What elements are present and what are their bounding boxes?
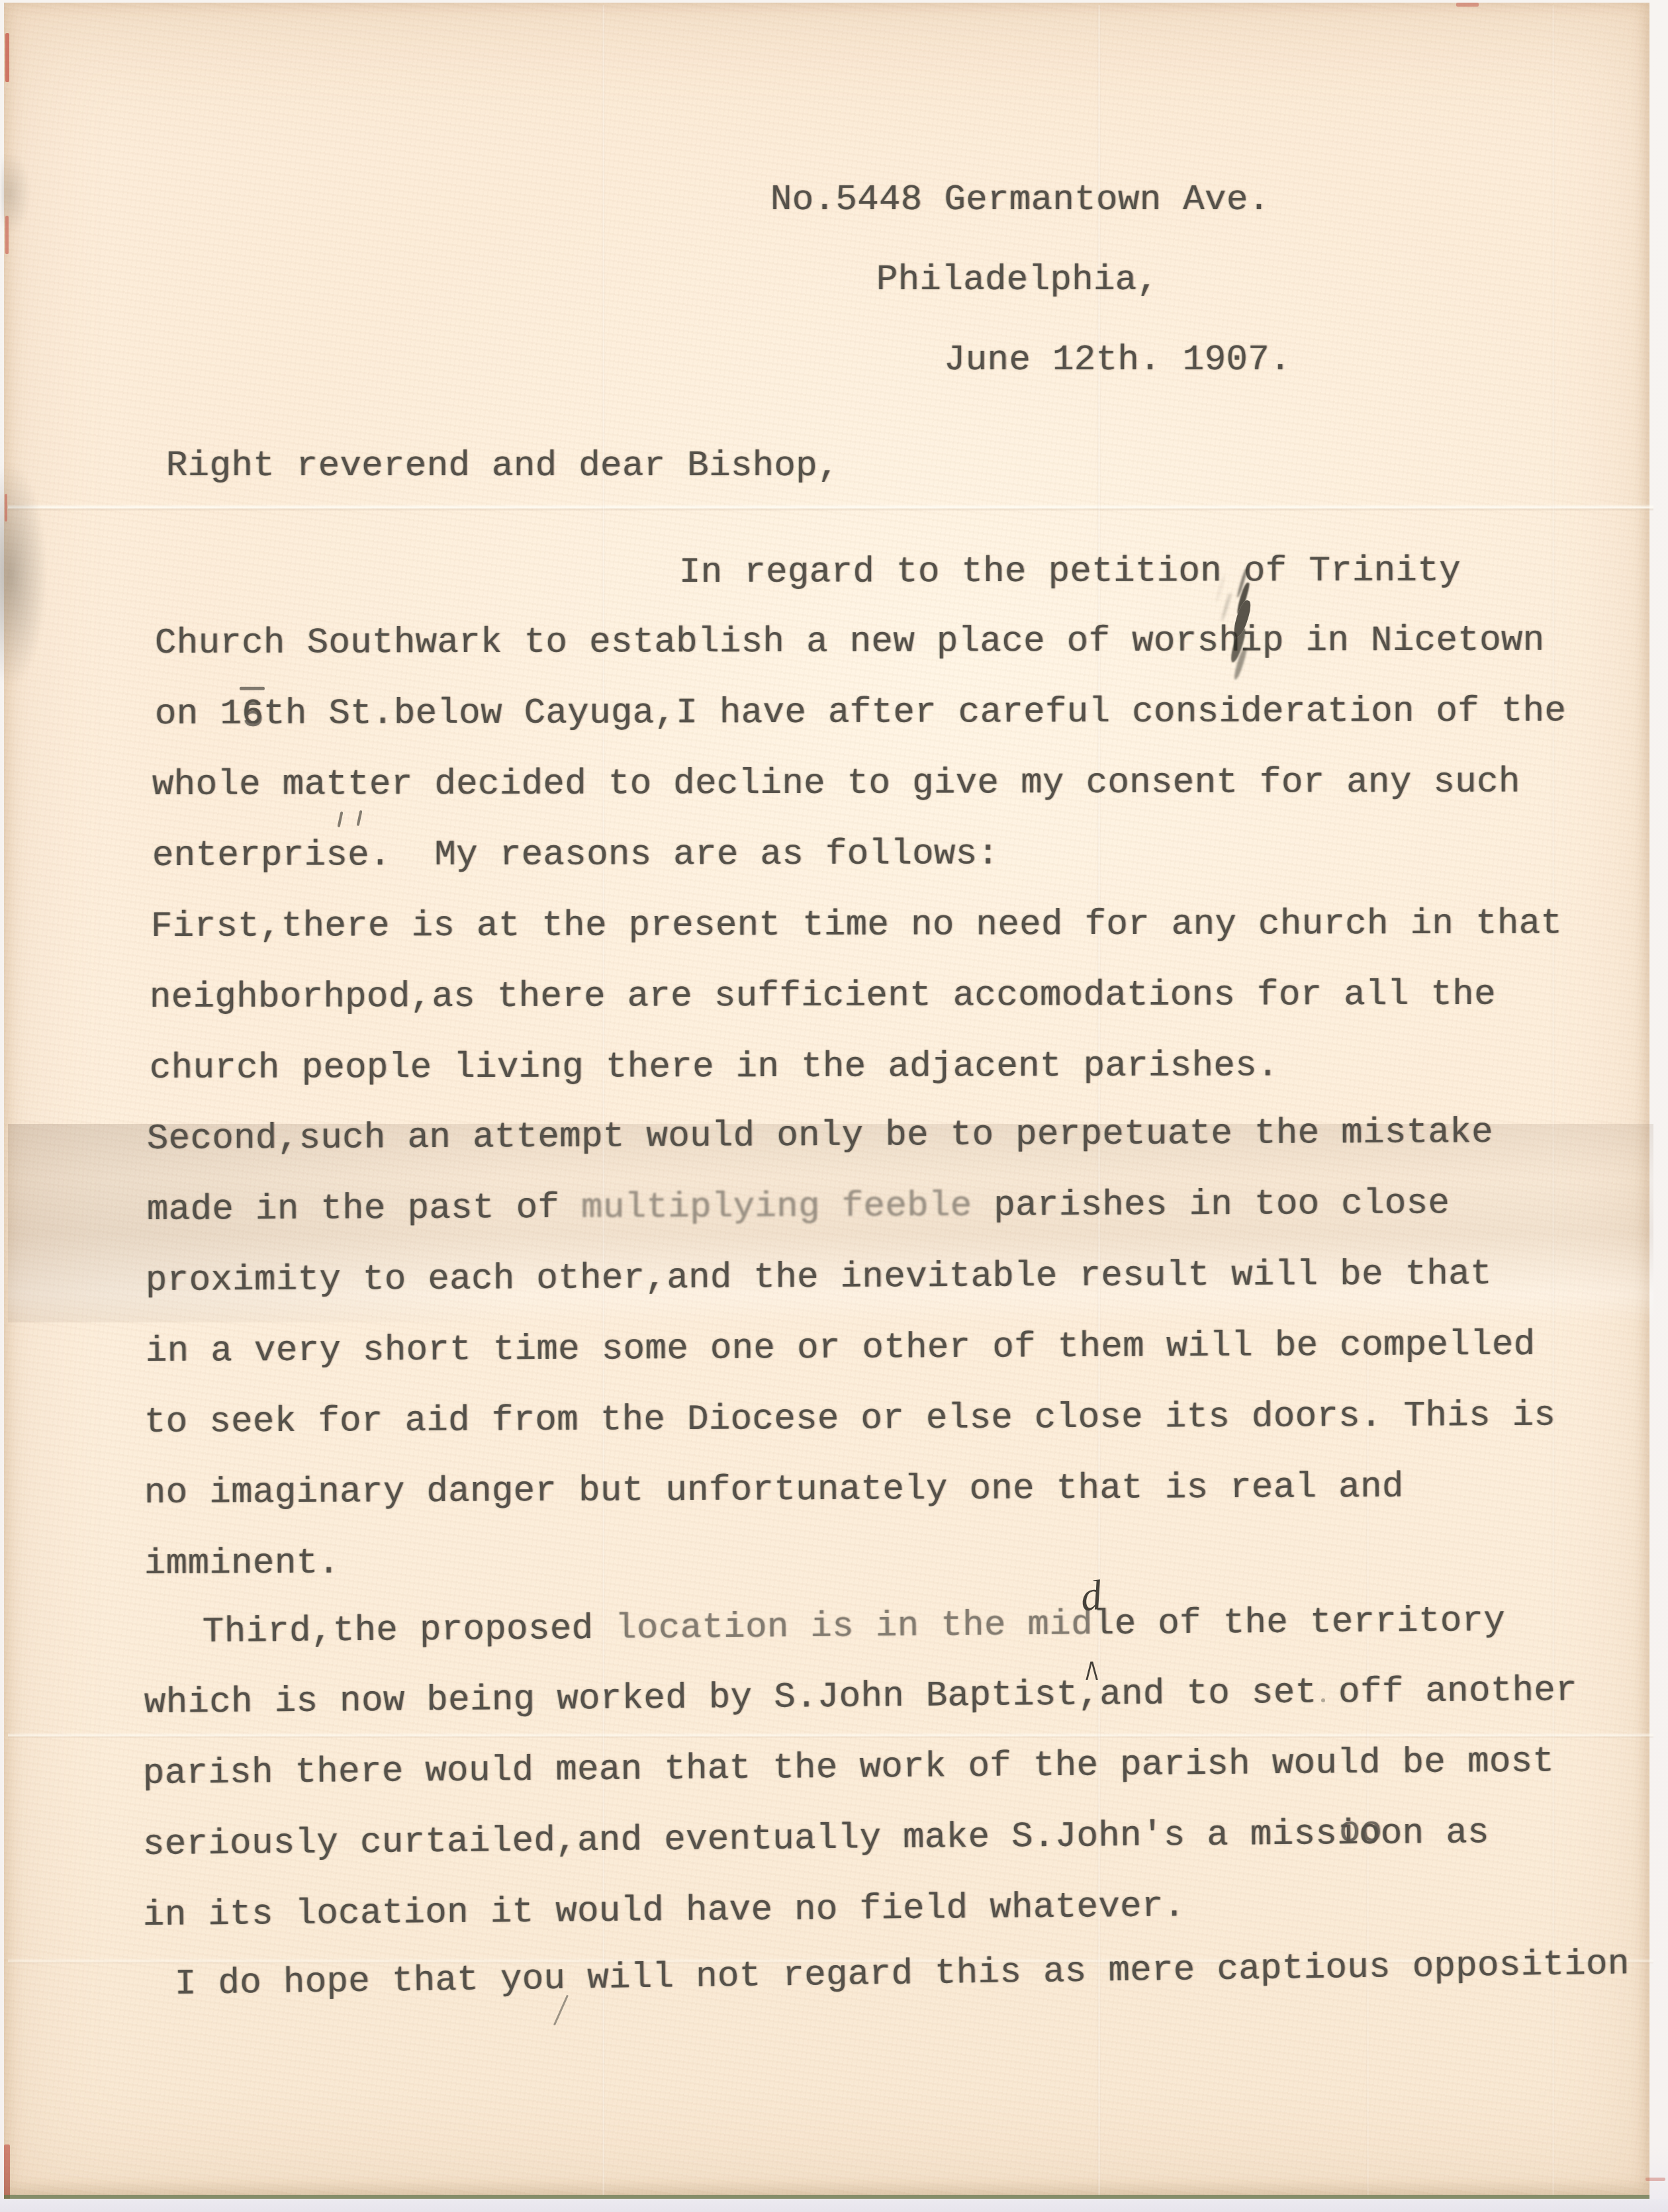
horizontal-fold-crease xyxy=(8,1733,1653,1738)
line-text: proximity to each other,and the inevitab… xyxy=(146,1254,1492,1301)
letter-line: neighborhpod,as there are sufficient acc… xyxy=(150,976,1496,1017)
city-text: Philadelphia, xyxy=(876,260,1158,300)
letter-line: imminent. xyxy=(144,1545,340,1584)
salutation-text: Right reverend and dear Bishop, xyxy=(166,446,839,486)
letter-line: parish there would mean that the work of… xyxy=(143,1743,1555,1794)
edge-smudge xyxy=(1,154,30,233)
line-text: th St.below Cayuga,I have after careful … xyxy=(263,692,1566,735)
letter-line: church people living there in the adjace… xyxy=(150,1047,1279,1088)
letter-line: no imaginary danger but unfortunately on… xyxy=(144,1469,1404,1513)
letter-line: Second,such an attempt would only be to … xyxy=(147,1114,1493,1159)
line-text: enterprise. My reasons are as follows: xyxy=(152,834,999,876)
letter-paper: No.5448 Germantown Ave. Philadelphia, Ju… xyxy=(4,3,1649,2195)
line-text: Church Southwark to establish a new plac… xyxy=(155,621,1545,664)
vertical-fold-crease xyxy=(602,5,605,2197)
overstruck-digit: 65 xyxy=(242,696,263,734)
line-text: on as xyxy=(1381,1813,1490,1854)
letter-line: to seek for aid from the Diocese or else… xyxy=(144,1397,1556,1442)
scan-edge-red-mark xyxy=(1456,3,1479,7)
line-text: parish there would mean that the work of… xyxy=(143,1741,1555,1794)
scan-edge-red-mark xyxy=(5,494,7,522)
letterhead-date-line: June 12th. 1907. xyxy=(944,342,1291,380)
letter-line: seriously curtailed,and eventually make … xyxy=(143,1814,1489,1865)
line-text: parishes in too close xyxy=(972,1183,1450,1226)
digit-overstrike: 5 xyxy=(242,698,264,737)
scan-edge-red-mark xyxy=(5,33,9,82)
stray-dot-mark xyxy=(1321,1698,1325,1702)
salutation-line: Right reverend and dear Bishop, xyxy=(166,447,839,486)
edge-smudge xyxy=(0,462,48,687)
letter-line: In regard to the petition of Trinity xyxy=(679,553,1461,592)
stray-pen-ticks xyxy=(338,811,344,827)
line-text: no imaginary danger but unfortunately on… xyxy=(144,1467,1404,1514)
line-text: church people living there in the adjace… xyxy=(150,1046,1279,1089)
overtyped-letters: iooo xyxy=(1337,1816,1381,1855)
scanner-background-strip xyxy=(0,2199,1668,2212)
faded-text: multiplying feeble xyxy=(581,1186,972,1228)
line-text: le of the territory xyxy=(1093,1601,1506,1645)
letter-line: proximity to each other,and the inevitab… xyxy=(146,1256,1492,1301)
overtype-ghost: oo xyxy=(1339,1813,1383,1852)
scanned-letter-page: No.5448 Germantown Ave. Philadelphia, Ju… xyxy=(0,0,1668,2212)
letter-line: Church Southwark to establish a new plac… xyxy=(155,622,1545,663)
horizontal-fold-crease xyxy=(8,504,1653,511)
line-text: neighborhpod,as there are sufficient acc… xyxy=(150,975,1496,1018)
line-text: Third,the proposed xyxy=(203,1609,616,1653)
address-text: No.5448 Germantown Ave. xyxy=(770,180,1270,220)
vertical-fold-crease xyxy=(1097,5,1101,2197)
line-text: whole matter decided to decline to give … xyxy=(152,762,1520,806)
vertical-fold-crease xyxy=(1552,5,1555,2197)
line-text: in a very short time some one or other o… xyxy=(146,1325,1536,1372)
letter-line: in its location it would have no field w… xyxy=(143,1888,1185,1935)
scan-edge-red-mark xyxy=(5,216,9,254)
line-text: on 1 xyxy=(155,694,242,735)
inserted-letter: d xyxy=(1078,1576,1104,1616)
line-text: seriously curtailed,and eventually make … xyxy=(143,1814,1338,1865)
line-text: to seek for aid from the Diocese or else… xyxy=(144,1396,1556,1443)
letter-line: which is now being worked by S.John Bapt… xyxy=(144,1672,1578,1723)
letterhead-address-line: No.5448 Germantown Ave. xyxy=(770,181,1270,220)
scan-edge-red-mark xyxy=(4,2144,10,2201)
letter-line: whole matter decided to decline to give … xyxy=(152,764,1520,805)
letter-line: enterprise. My reasons are as follows: xyxy=(152,835,999,876)
line-text: which is now being worked by S.John Bapt… xyxy=(144,1671,1578,1724)
line-text: Second,such an attempt would only be to … xyxy=(147,1113,1493,1160)
line-text: in its location it would have no field w… xyxy=(143,1886,1185,1936)
line-text: made in the past of xyxy=(147,1188,581,1230)
letter-line: Third,the proposed location is in the mi… xyxy=(203,1602,1506,1652)
letter-line: made in the past of multiplying feeble p… xyxy=(147,1185,1450,1230)
letter-line: in a very short time some one or other o… xyxy=(146,1326,1536,1371)
letter-line: I do hope that you will not regard this … xyxy=(175,1945,1630,2004)
line-text: imminent. xyxy=(144,1544,340,1585)
faded-text: location is in the mid xyxy=(615,1604,1093,1649)
letter-line: First,there is at the present time no ne… xyxy=(151,905,1562,946)
letter-line: on 165th St.below Cayuga,I have after ca… xyxy=(155,693,1566,734)
letterhead-city-line: Philadelphia, xyxy=(876,261,1158,300)
date-text: June 12th. 1907. xyxy=(944,340,1291,381)
line-text: First,there is at the present time no ne… xyxy=(151,904,1562,947)
line-text: In regard to the petition of Trinity xyxy=(679,551,1461,593)
line-text: I do hope that you will not regard this … xyxy=(175,1944,1630,2005)
